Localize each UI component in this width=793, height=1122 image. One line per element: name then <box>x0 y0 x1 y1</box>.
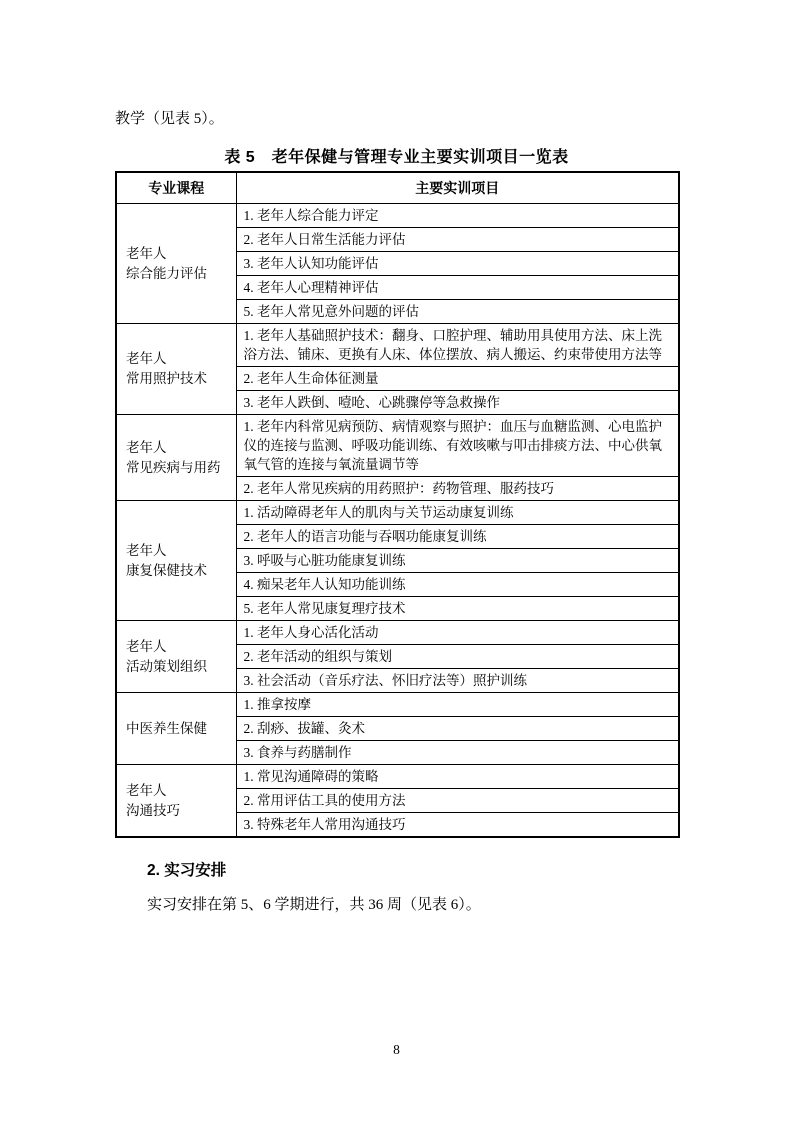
table-header-row: 专业课程主要实训项目 <box>116 172 679 204</box>
training-item-cell: 4. 痴呆老年人认知功能训练 <box>236 573 679 597</box>
column-header: 主要实训项目 <box>236 172 679 204</box>
training-item-cell: 1. 活动障碍老年人的肌肉与关节运动康复训练 <box>236 501 679 525</box>
training-item-cell: 1. 老年人综合能力评定 <box>236 204 679 228</box>
section-paragraph: 实习安排在第 5、6 学期进行，共 36 周（见表 6）。 <box>147 894 678 916</box>
course-cell: 老年人 综合能力评估 <box>116 204 236 324</box>
training-item-cell: 3. 社会活动（音乐疗法、怀旧疗法等）照护训练 <box>236 669 679 693</box>
course-cell: 老年人 康复保健技术 <box>116 501 236 621</box>
training-item-cell: 2. 老年人的语言功能与吞咽功能康复训练 <box>236 525 679 549</box>
training-item-cell: 3. 特殊老年人常用沟通技巧 <box>236 813 679 838</box>
training-item-cell: 1. 老年人身心活化活动 <box>236 621 679 645</box>
training-item-cell: 2. 刮痧、拔罐、灸术 <box>236 717 679 741</box>
table-row: 中医养生保健1. 推拿按摩 <box>116 693 679 717</box>
page-content: 教学（见表 5）。 表 5 老年保健与管理专业主要实训项目一览表 专业课程主要实… <box>115 108 678 916</box>
training-item-cell: 1. 常见沟通障碍的策略 <box>236 765 679 789</box>
training-item-cell: 3. 食养与药膳制作 <box>236 741 679 765</box>
training-item-cell: 3. 老年人跌倒、噎呛、心跳骤停等急救操作 <box>236 391 679 415</box>
intro-text: 教学（见表 5）。 <box>115 108 678 130</box>
training-item-cell: 2. 老年人常见疾病的用药照护：药物管理、服药技巧 <box>236 477 679 501</box>
column-header: 专业课程 <box>116 172 236 204</box>
training-item-cell: 5. 老年人常见意外问题的评估 <box>236 300 679 324</box>
table-row: 老年人 综合能力评估1. 老年人综合能力评定 <box>116 204 679 228</box>
training-item-cell: 2. 常用评估工具的使用方法 <box>236 789 679 813</box>
course-cell: 老年人 常用照护技术 <box>116 324 236 415</box>
course-cell: 老年人 活动策划组织 <box>116 621 236 693</box>
table-row: 老年人 沟通技巧1. 常见沟通障碍的策略 <box>116 765 679 789</box>
table-row: 老年人 康复保健技术1. 活动障碍老年人的肌肉与关节运动康复训练 <box>116 501 679 525</box>
training-item-cell: 4. 老年人心理精神评估 <box>236 276 679 300</box>
course-cell: 中医养生保健 <box>116 693 236 765</box>
table-row: 老年人 常见疾病与用药1. 老年内科常见病预防、病情观察与照护：血压与血糖监测、… <box>116 415 679 477</box>
table-row: 老年人 常用照护技术1. 老年人基础照护技术：翻身、口腔护理、辅助用具使用方法、… <box>116 324 679 367</box>
training-item-cell: 2. 老年人日常生活能力评估 <box>236 228 679 252</box>
course-cell: 老年人 常见疾病与用药 <box>116 415 236 501</box>
document-page: 教学（见表 5）。 表 5 老年保健与管理专业主要实训项目一览表 专业课程主要实… <box>0 0 793 1122</box>
training-item-cell: 1. 推拿按摩 <box>236 693 679 717</box>
page-number: 8 <box>0 1042 793 1058</box>
training-item-cell: 5. 老年人常见康复理疗技术 <box>236 597 679 621</box>
training-item-cell: 2. 老年人生命体征测量 <box>236 367 679 391</box>
training-item-cell: 3. 呼吸与心脏功能康复训练 <box>236 549 679 573</box>
course-cell: 老年人 沟通技巧 <box>116 765 236 838</box>
table-title: 表 5 老年保健与管理专业主要实训项目一览表 <box>115 144 678 167</box>
section-heading: 2. 实习安排 <box>147 858 678 880</box>
training-item-cell: 1. 老年内科常见病预防、病情观察与照护：血压与血糖监测、心电监护仪的连接与监测… <box>236 415 679 477</box>
training-projects-table: 专业课程主要实训项目 老年人 综合能力评估1. 老年人综合能力评定2. 老年人日… <box>115 171 680 838</box>
training-item-cell: 2. 老年活动的组织与策划 <box>236 645 679 669</box>
training-item-cell: 1. 老年人基础照护技术：翻身、口腔护理、辅助用具使用方法、床上洗浴方法、铺床、… <box>236 324 679 367</box>
training-item-cell: 3. 老年人认知功能评估 <box>236 252 679 276</box>
table-row: 老年人 活动策划组织1. 老年人身心活化活动 <box>116 621 679 645</box>
